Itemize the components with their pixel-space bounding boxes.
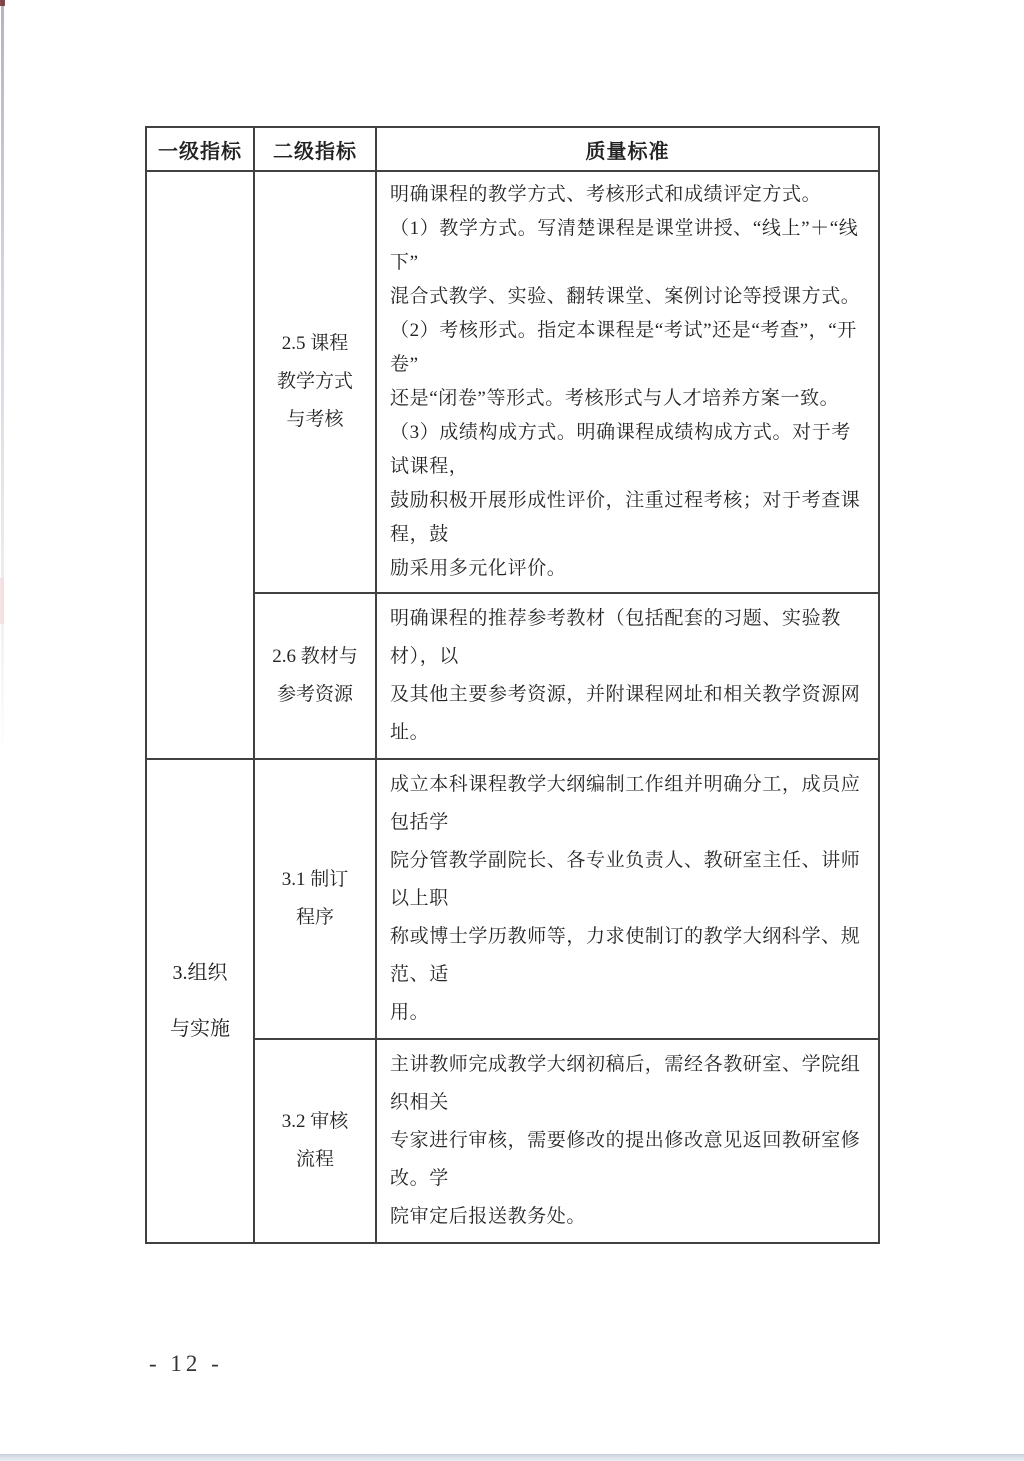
scanned-page: 一级指标 二级指标 质量标准 2.5 课程 教学方式 与考核 明确课程的教学方式…	[0, 0, 1024, 1461]
level2-cell-2-6: 2.6 教材与 参考资源	[254, 593, 376, 759]
table-row-2-6: 2.6 教材与 参考资源 明确课程的推荐参考教材（包括配套的习题、实验教材），以…	[146, 593, 879, 759]
scan-left-edge-shadow	[1, 0, 4, 760]
standard-cell-3-2: 主讲教师完成教学大纲初稿后，需经各教研室、学院组织相关 专家进行审核，需要修改的…	[376, 1039, 879, 1243]
table-row-3-1: 3.组织 与实施 3.1 制订 程序 成立本科课程教学大纲编制工作组并明确分工，…	[146, 759, 879, 1039]
level1-cell-group3: 3.组织 与实施	[146, 759, 254, 1243]
scan-bottom-edge	[0, 1454, 1024, 1461]
header-row: 一级指标 二级指标 质量标准	[146, 127, 879, 171]
header-level1-indicator: 一级指标	[146, 127, 254, 171]
standard-cell-2-5: 明确课程的教学方式、考核形式和成绩评定方式。 （1）教学方式。写清楚课程是课堂讲…	[376, 171, 879, 593]
scan-edge-smudge	[0, 578, 4, 624]
table-row-2-5: 2.5 课程 教学方式 与考核 明确课程的教学方式、考核形式和成绩评定方式。 （…	[146, 171, 879, 593]
level1-cell-group2	[146, 171, 254, 759]
level2-cell-3-1: 3.1 制订 程序	[254, 759, 376, 1039]
scan-corner-artifact	[0, 0, 5, 6]
header-quality-standard: 质量标准	[376, 127, 879, 171]
table-row-3-2: 3.2 审核 流程 主讲教师完成教学大纲初稿后，需经各教研室、学院组织相关 专家…	[146, 1039, 879, 1243]
standard-cell-2-6: 明确课程的推荐参考教材（包括配套的习题、实验教材），以 及其他主要参考资源，并附…	[376, 593, 879, 759]
level2-cell-2-5: 2.5 课程 教学方式 与考核	[254, 171, 376, 593]
standard-cell-3-1: 成立本科课程教学大纲编制工作组并明确分工，成员应包括学 院分管教学副院长、各专业…	[376, 759, 879, 1039]
page-number: - 12 -	[149, 1351, 223, 1377]
header-level2-indicator: 二级指标	[254, 127, 376, 171]
level2-cell-3-2: 3.2 审核 流程	[254, 1039, 376, 1243]
quality-standards-table: 一级指标 二级指标 质量标准 2.5 课程 教学方式 与考核 明确课程的教学方式…	[145, 126, 880, 1244]
